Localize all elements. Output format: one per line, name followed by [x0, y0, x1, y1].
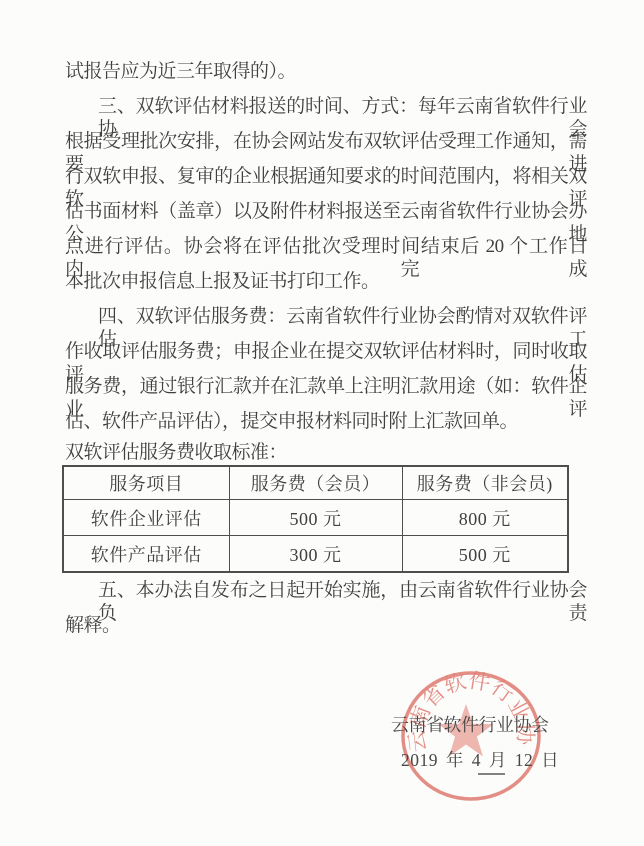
fee-cell-nonmember: 500 元: [402, 536, 568, 573]
fee-cell-nonmember: 800 元: [402, 500, 568, 536]
signature-date: 2019 年 4 月 12 日: [401, 747, 559, 772]
fee-table-caption: 双软评估服务费收取标准：: [65, 441, 587, 464]
fee-cell-item: 软件企业评估: [63, 500, 229, 536]
fee-header-nonmember: 服务费（非会员): [402, 466, 568, 500]
date-underline-mark: [478, 773, 505, 775]
fee-header-member: 服务费（会员）: [229, 466, 402, 500]
fee-cell-member: 500 元: [229, 500, 402, 536]
fee-header-item: 服务项目: [63, 466, 229, 500]
fee-cell-member: 300 元: [229, 536, 402, 573]
official-seal-stamp: 云南省软件行业协会: [399, 668, 545, 806]
paragraph-line: 本批次申报信息上报及证书打印工作。: [65, 270, 587, 293]
paragraph-line: 估、软件产品评估），提交申报材料同时附上汇款回单。: [65, 410, 587, 433]
fee-cell-item: 软件产品评估: [63, 536, 229, 573]
paragraph-line: 试报告应为近三年取得的）。: [65, 60, 587, 83]
fee-table-row: 软件企业评估 500 元 800 元: [63, 500, 568, 536]
fee-table-header-row: 服务项目 服务费（会员） 服务费（非会员): [63, 466, 568, 500]
scanned-document-page: 试报告应为近三年取得的）。 三、双软评估材料报送的时间、方式：每年云南省软件行业…: [0, 0, 644, 846]
fee-table: 服务项目 服务费（会员） 服务费（非会员) 软件企业评估 500 元 800 元…: [62, 465, 569, 573]
paragraph-line: 解释。: [65, 614, 587, 637]
fee-table-row: 软件产品评估 300 元 500 元: [63, 536, 568, 573]
signature-organization: 云南省软件行业协会: [391, 711, 549, 737]
